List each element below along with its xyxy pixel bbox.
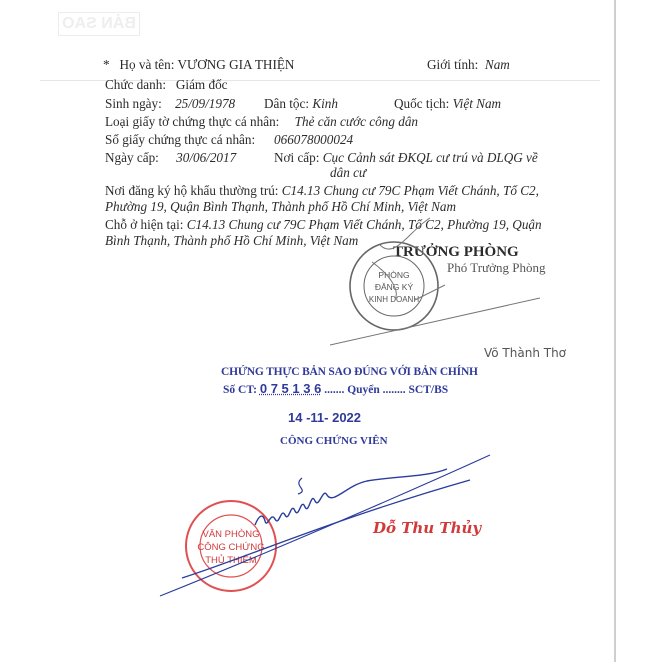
notary-signature [0,0,662,662]
notary-name: Dỗ Thu Thủy [373,520,481,536]
